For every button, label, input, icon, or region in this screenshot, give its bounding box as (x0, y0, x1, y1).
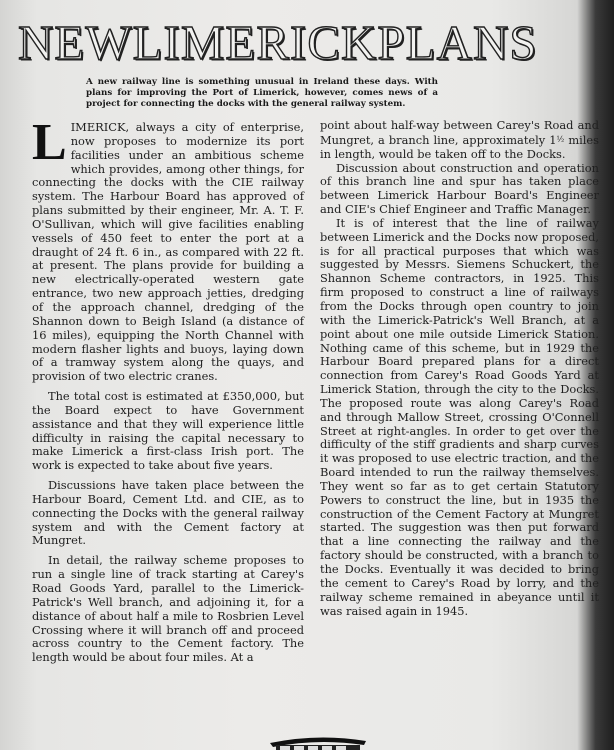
left-paragraph-1-text: , always a city of enterprise, now propo… (32, 120, 304, 383)
left-paragraph-3: Discussions have taken place between the… (32, 479, 304, 548)
left-column: LIMERICK, always a city of enterprise, n… (32, 121, 304, 671)
lead-in-smallcaps: IMERICK (71, 120, 126, 134)
railway-carriage-illustration-icon (268, 733, 368, 750)
title-word-new: NEW (18, 14, 133, 71)
right-paragraph-2: Discussion about construction and operat… (320, 162, 599, 217)
article-standfirst: A new railway line is something unusual … (86, 77, 438, 110)
right-column: point about half-way between Carey's Roa… (320, 119, 599, 618)
left-paragraph-1: LIMERICK, always a city of enterprise, n… (32, 121, 304, 384)
magazine-page: NEW LIMERICK PLANS A new railway line is… (0, 0, 596, 750)
drop-cap: L (32, 123, 67, 163)
left-paragraph-2: The total cost is estimated at £350,000,… (32, 390, 304, 473)
article-title: NEW LIMERICK PLANS (18, 14, 498, 71)
title-word-plans: PLANS (377, 14, 537, 71)
title-word-limerick: LIMERICK (133, 14, 378, 71)
left-paragraph-4: In detail, the railway scheme proposes t… (32, 554, 304, 665)
right-paragraph-1: point about half-way between Carey's Roa… (320, 119, 599, 162)
right-paragraph-3: It is of interest that the line of railw… (320, 217, 599, 618)
